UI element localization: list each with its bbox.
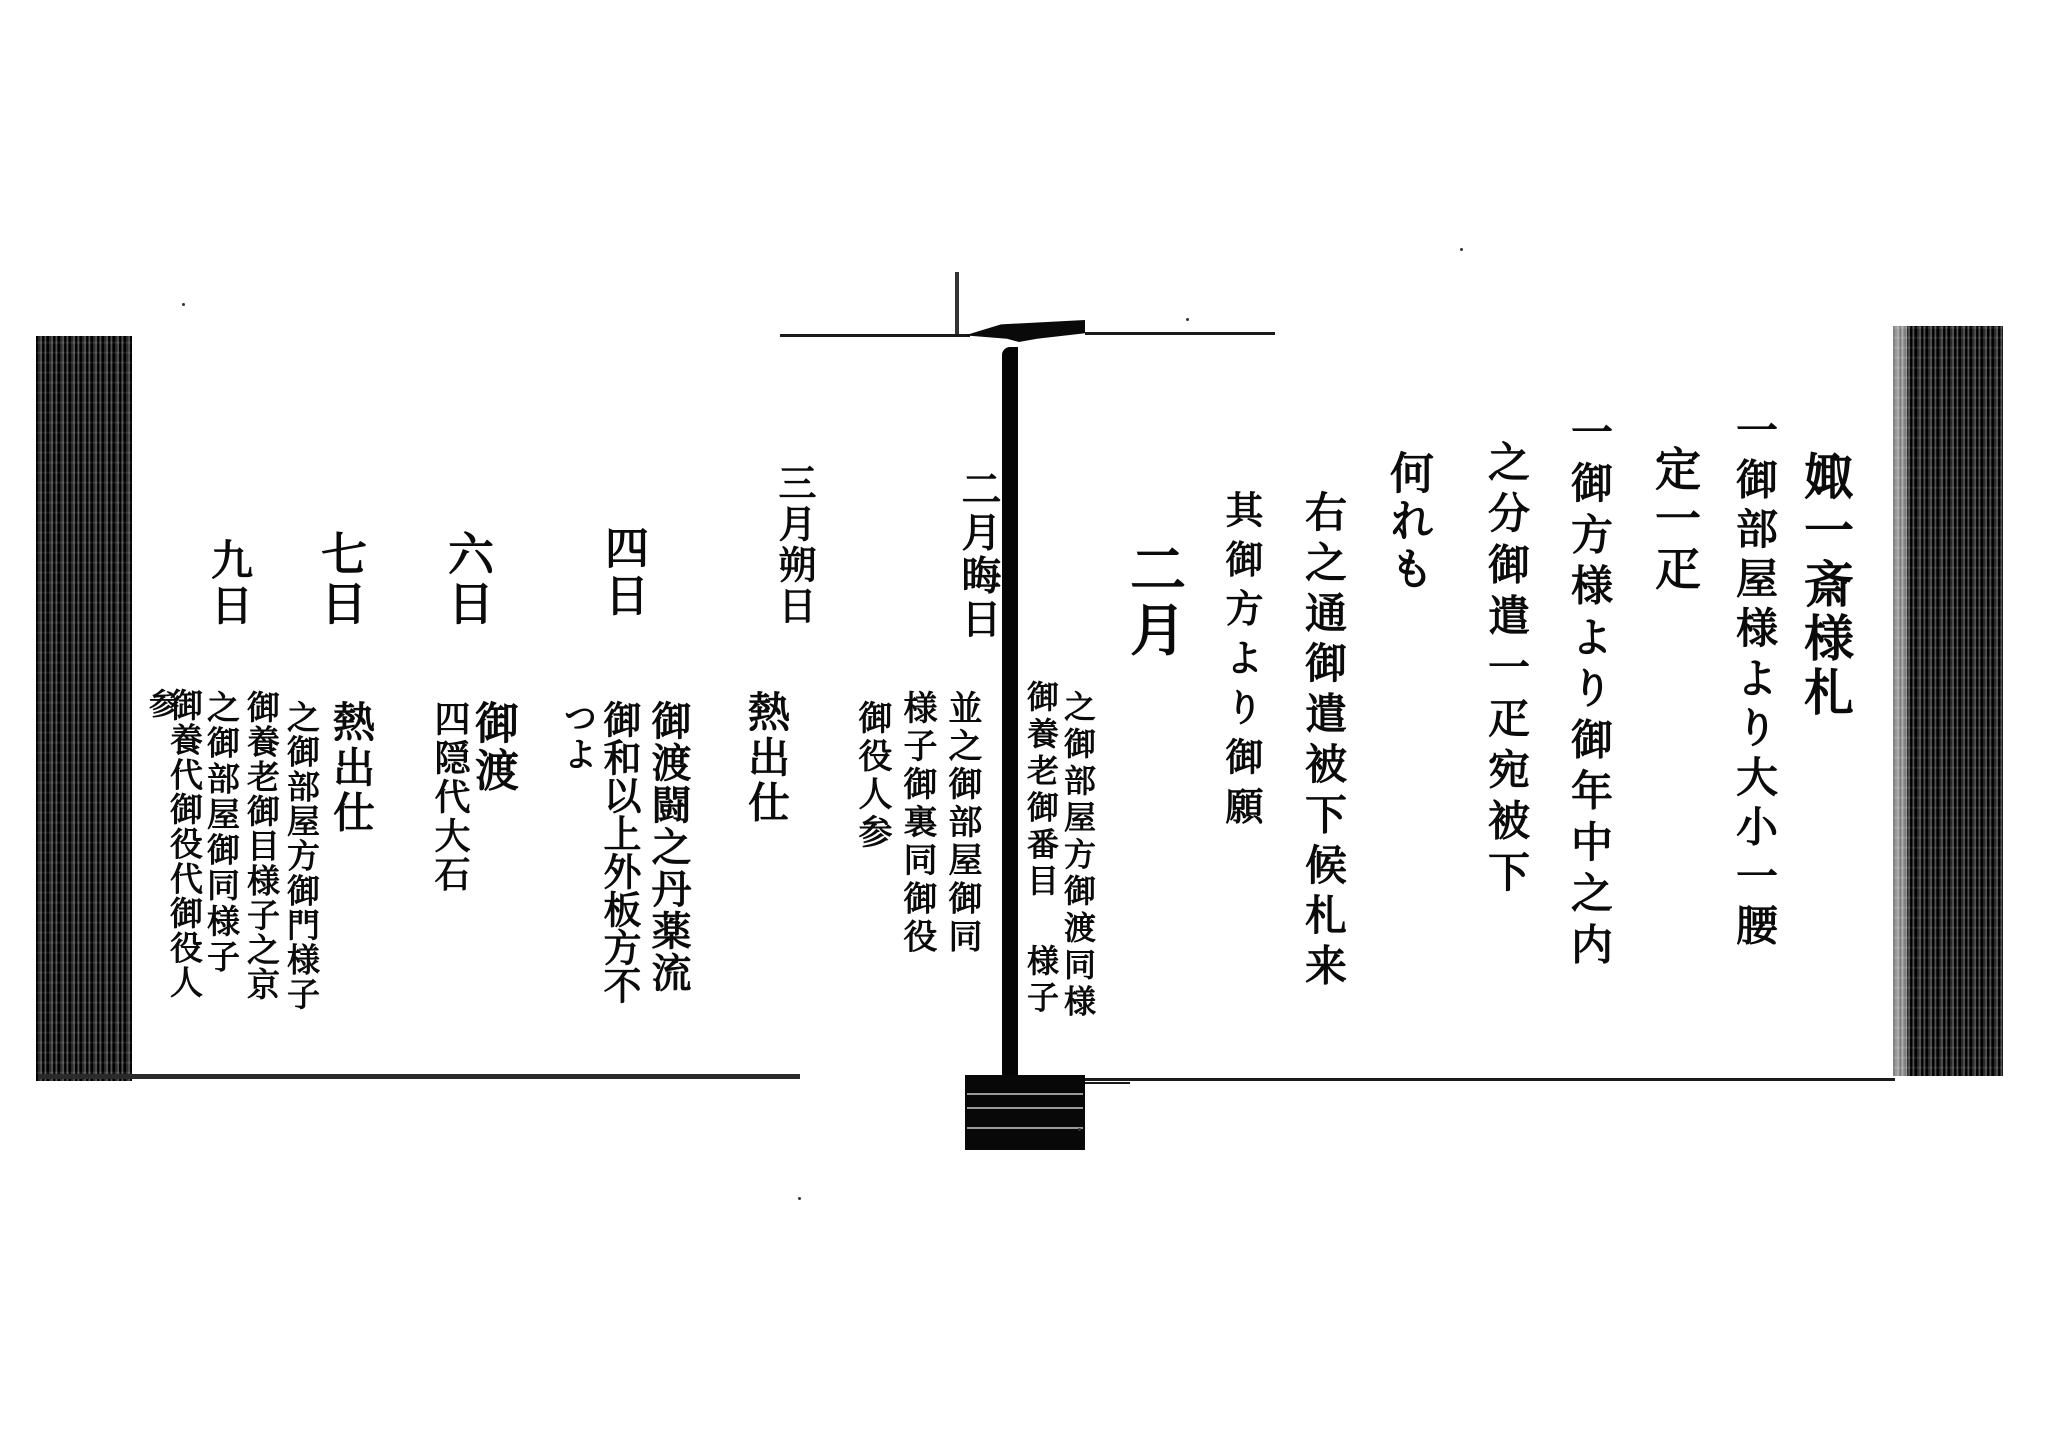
book-spine-gutter <box>1002 347 1018 1082</box>
text-column: 其御方より御願 <box>1222 490 1260 836</box>
month-heading: 二月 <box>1126 540 1182 661</box>
date-heading: 三月朔日 <box>775 463 813 627</box>
note-column: 参 <box>145 688 175 720</box>
note-column: 御役人参 <box>855 700 889 852</box>
right-page-bottom-border <box>1015 1078 1895 1081</box>
note-column: 之御部屋御同様子 <box>205 690 238 975</box>
date-heading: 六日 <box>445 530 491 629</box>
note-column: 熱出仕 <box>745 690 787 826</box>
note-column: 様子御裏同御役 <box>900 690 934 957</box>
text-column: 右之通御遣被下候札来 <box>1302 490 1344 994</box>
date-heading: 二月晦日 <box>958 468 998 641</box>
scan-speck <box>1078 1128 1081 1131</box>
left-page-bottom-border <box>40 1074 800 1079</box>
note-column: 御渡 <box>470 700 514 795</box>
note-column: 御養代御役代御役人 <box>168 688 201 1000</box>
scan-speck <box>1460 248 1463 251</box>
text-column: 一御方様より御年中之内 <box>1568 410 1610 974</box>
date-heading: 七日 <box>318 530 364 629</box>
spine-bottom-block <box>965 1075 1085 1150</box>
note-column: 御養老御目様子之京 <box>245 690 278 1002</box>
note-column: 之御部屋方御門様子 <box>285 700 318 1012</box>
right-fore-edge <box>1893 326 2003 1076</box>
note-column: 御養老御番目 様子 <box>1025 680 1057 1017</box>
note-column: つよ <box>560 700 594 773</box>
left-page-top-border <box>780 334 970 337</box>
note-column: 熱出仕 <box>330 700 372 836</box>
text-column: 一御部屋様より大小一腰 <box>1733 408 1775 953</box>
scan-speck <box>1186 318 1189 321</box>
page-title: 娵一斎様札 <box>1800 450 1850 720</box>
spine-top-shadow <box>965 320 1085 342</box>
binding-thread <box>955 272 959 334</box>
scan-speck <box>182 303 185 306</box>
date-heading: 九日 <box>208 538 250 629</box>
scan-speck <box>798 1197 801 1200</box>
note-column: 之御部屋方御渡同様 <box>1062 690 1094 1021</box>
text-column: 定一疋 <box>1652 445 1698 594</box>
right-page-top-border <box>1085 332 1275 335</box>
note-column: 四隠代大石 <box>432 700 468 894</box>
left-fore-edge <box>36 336 132 1081</box>
text-column: 之分御遣一疋宛被下 <box>1485 440 1527 901</box>
note-column: 並之御部屋御同 <box>945 690 979 957</box>
text-column: 何れも <box>1385 450 1429 593</box>
date-heading: 四日 <box>600 525 644 620</box>
note-column: 御和以上外板方不 <box>600 700 638 1004</box>
note-column: 御渡闘之丹薬流 <box>648 700 688 994</box>
